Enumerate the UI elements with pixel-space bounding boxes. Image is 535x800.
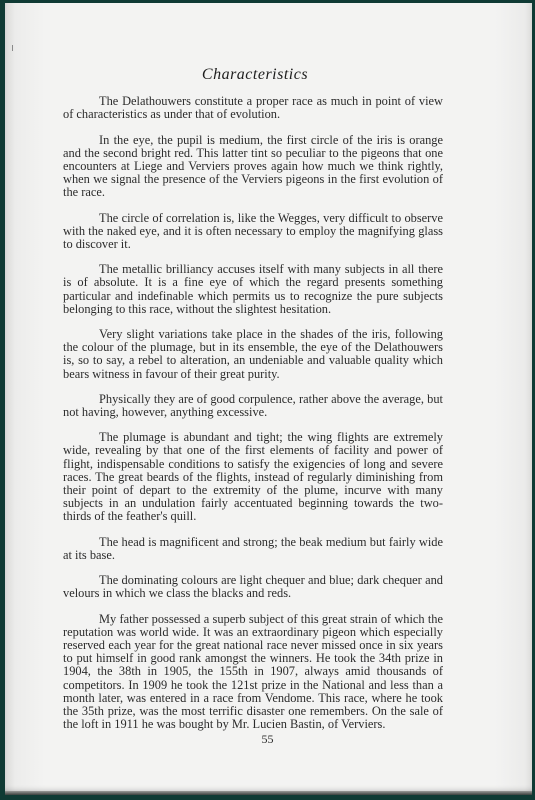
page-bottom-edge xyxy=(5,791,532,795)
section-title: Characteristics xyxy=(63,68,443,81)
paragraph-head: The head is magnificent and strong; the … xyxy=(63,536,443,562)
paragraph-intro: The Delathouwers constitute a proper rac… xyxy=(63,95,443,121)
paragraph-physique: Physically they are of good corpulence, … xyxy=(63,393,443,419)
binding-mark xyxy=(12,45,13,51)
paragraph-eye: In the eye, the pupil is medium, the fir… xyxy=(63,134,443,200)
paragraph-iris-variations: Very slight variations take place in the… xyxy=(63,328,443,381)
paragraph-plumage: The plumage is abundant and tight; the w… xyxy=(63,431,443,523)
paragraph-fathers-pigeon: My father possessed a superb subject of … xyxy=(63,613,443,732)
paragraph-metallic-brilliancy: The metallic brilliancy accuses itself w… xyxy=(63,263,443,316)
paragraph-correlation-circle: The circle of correlation is, like the W… xyxy=(63,212,443,252)
page-body: Characteristics The Delathouwers constit… xyxy=(63,68,443,743)
page-number: 55 xyxy=(0,732,535,747)
paragraph-colours: The dominating colours are light chequer… xyxy=(63,574,443,600)
